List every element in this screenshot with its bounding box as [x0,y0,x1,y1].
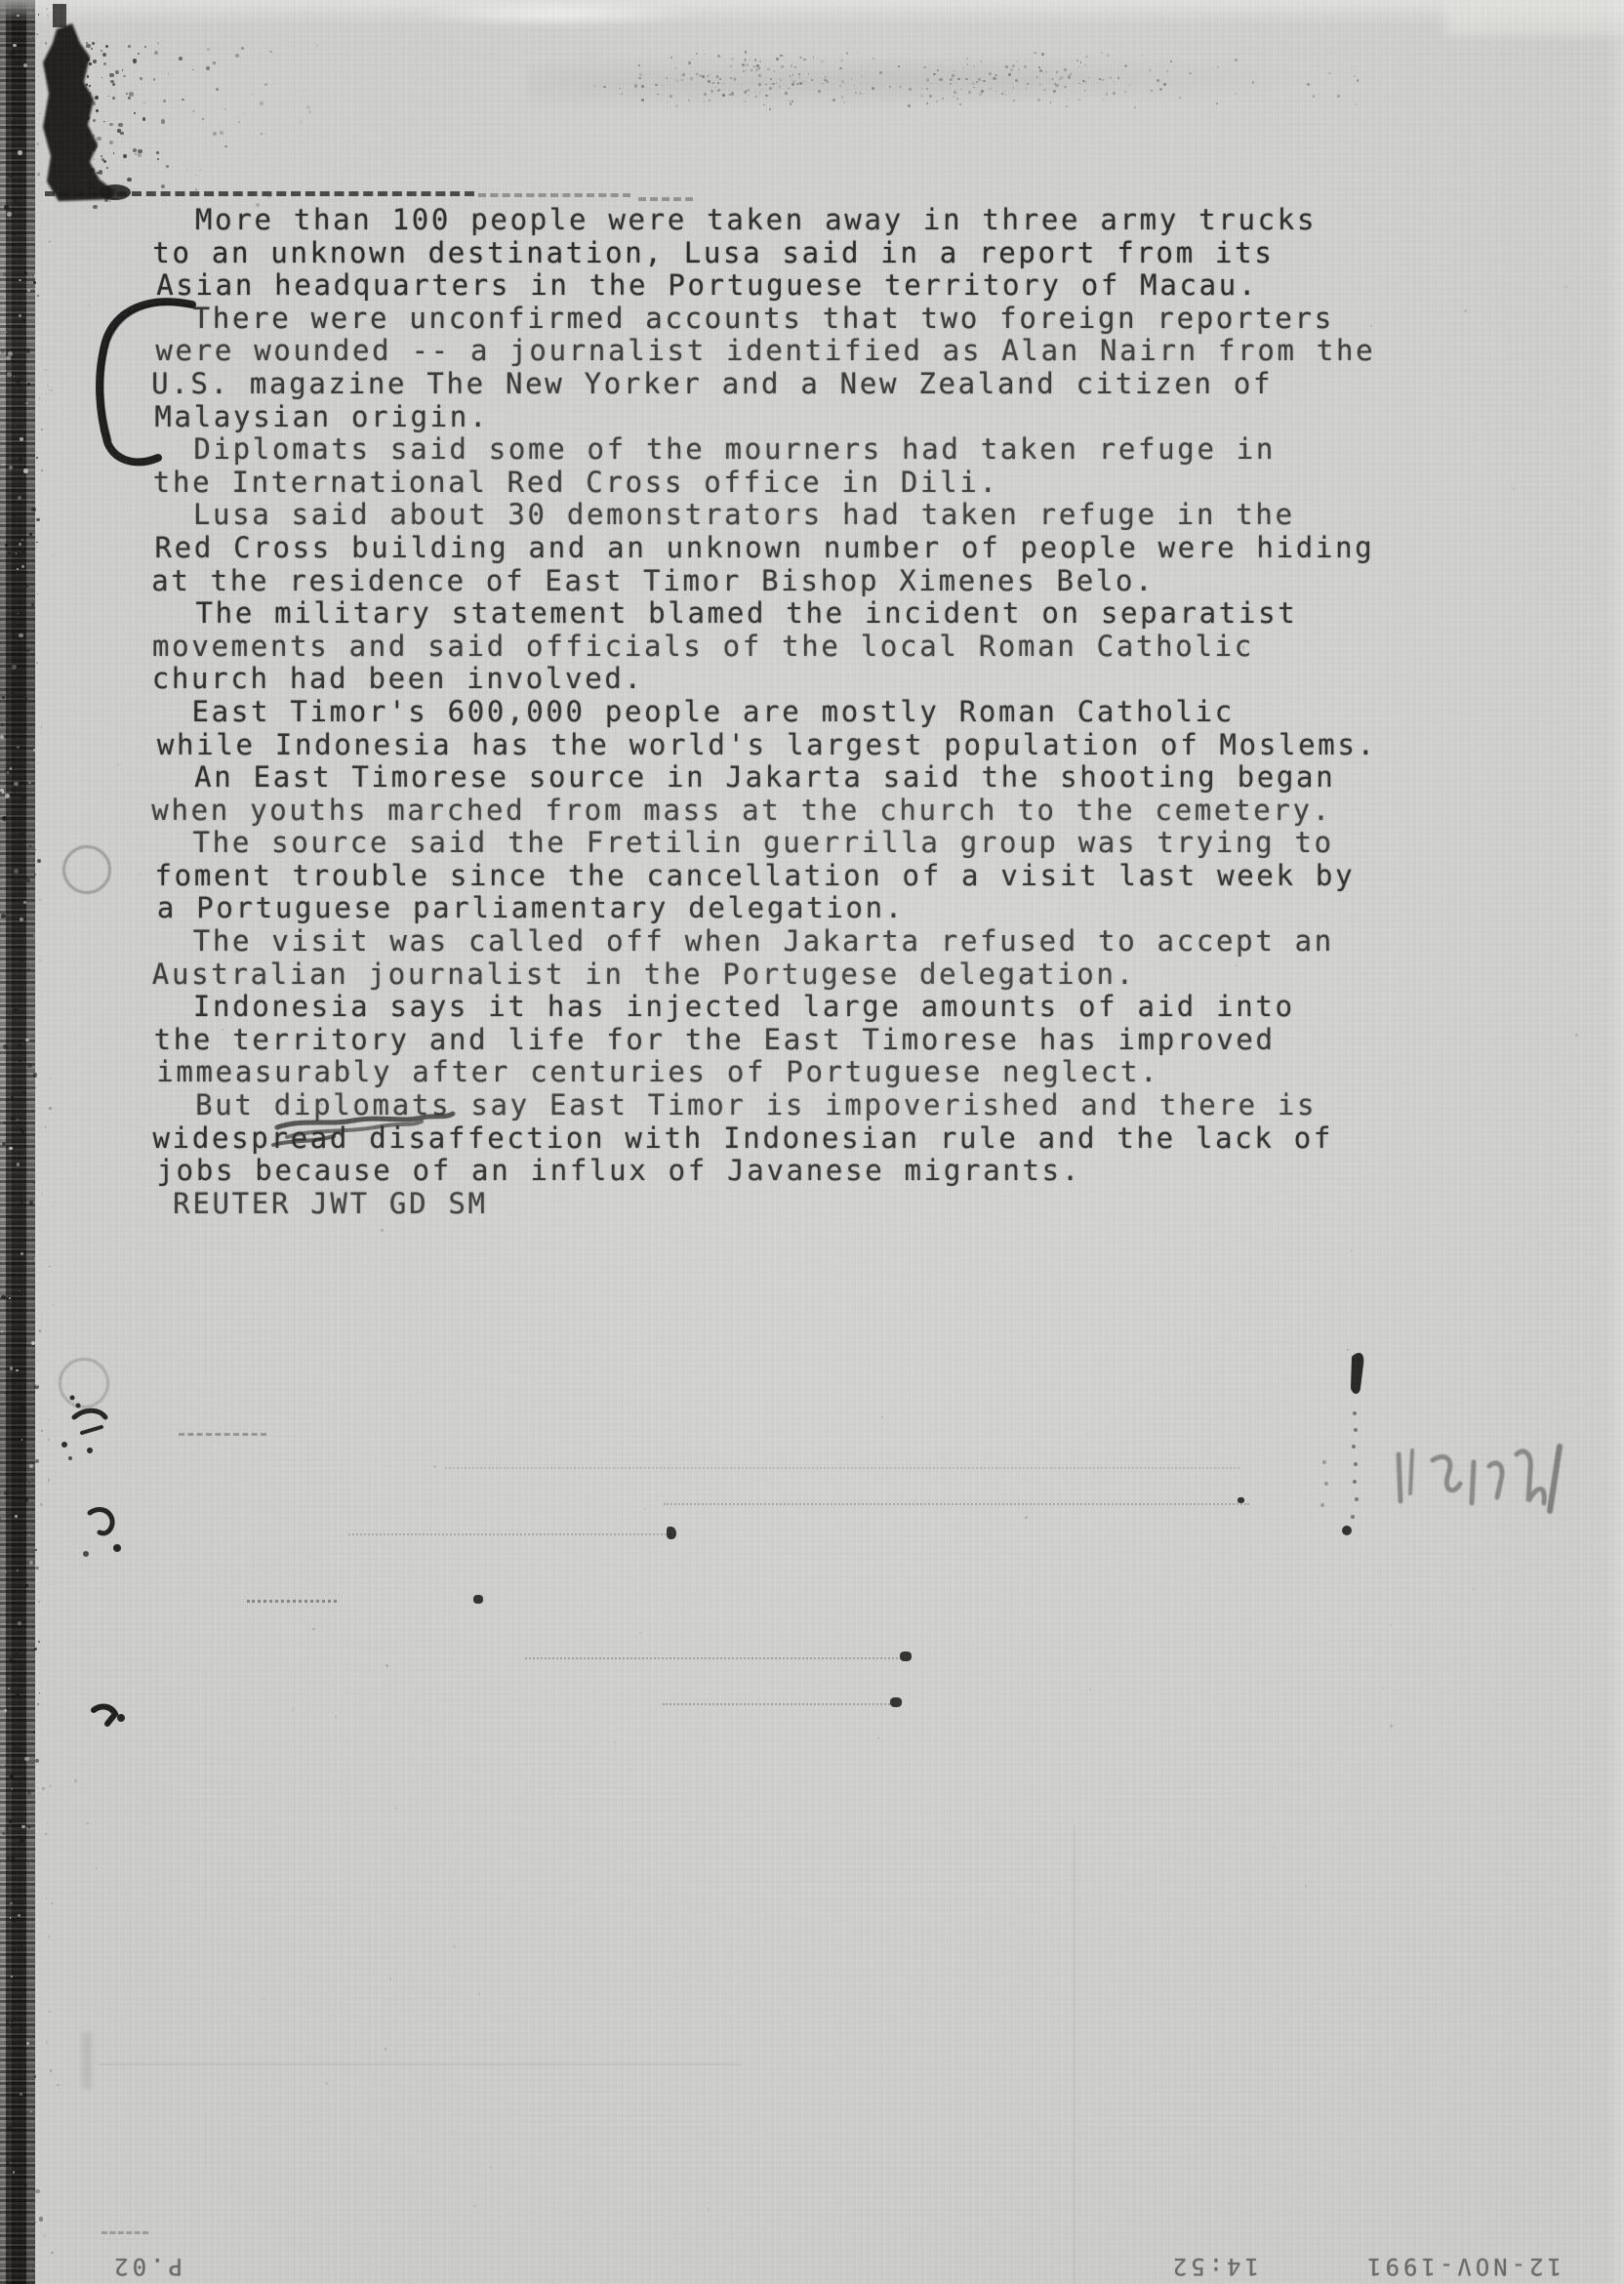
dust-speck [52,1205,54,1207]
dust-speck [629,1769,631,1771]
smudge-trail [247,1600,337,1603]
dust-speck [49,240,51,242]
text-line: The military statement blamed the incide… [156,597,1376,631]
dust-speck [44,369,46,371]
text-line: when youths marched from mass at the chu… [151,795,1371,828]
dust-speck [36,545,38,547]
dust-speck [1457,997,1458,998]
smudge-trail [664,1503,1249,1505]
dust-speck [877,1737,879,1739]
paper-right-edge [1606,0,1624,2284]
text-line: REUTER JWT GD SM [153,1188,1373,1221]
dust-speck [38,1361,39,1362]
dust-speck [1508,1269,1509,1270]
dust-speck [35,2171,37,2173]
dust-speck [614,1741,616,1743]
text-line: Indonesia says it has injected large amo… [154,991,1374,1024]
dust-speck [47,1822,48,1823]
text-line: to an unknown destination, Lusa said in … [152,237,1372,270]
dust-speck [335,1716,337,1718]
dust-speck [37,763,38,764]
text-line: foment trouble since the cancellation of… [155,860,1375,893]
fax-time: 14:52 [1169,2253,1259,2280]
dust-speck [39,2217,43,2221]
smudge-trail [663,1703,897,1705]
dust-speck [1305,1885,1307,1887]
paper-crease [1074,1825,1076,2284]
ink-speck [473,1595,483,1604]
dust-speck [35,1567,39,1570]
dust-speck [39,229,41,231]
smudge-trail [179,1433,266,1436]
dust-speck [49,1107,52,1110]
dust-speck [38,1601,40,1603]
article-text: More than 100 people were taken away in … [154,204,1374,1220]
dust-speck [52,554,54,556]
dust-speck [48,740,49,741]
dust-speck [39,959,40,960]
dust-speck [35,1459,39,1463]
dust-speck [395,1808,397,1810]
dust-speck [35,1549,37,1551]
text-line: East Timor's 600,000 people are mostly R… [152,696,1372,729]
text-line: the International Red Cross office in Di… [153,467,1373,500]
text-line: were wounded -- a journalist identified … [155,335,1375,368]
dust-speck [49,2011,51,2013]
dust-speck [39,1403,42,1406]
dust-speck [50,2069,52,2071]
dust-speck [50,1078,51,1079]
dust-speck [328,1672,329,1673]
dust-speck [1464,309,1467,312]
dust-speck [86,1822,88,1824]
dust-speck [811,1449,812,1450]
dust-speck [644,1508,646,1510]
dust-speck [35,2181,36,2182]
dust-speck [1462,1664,1463,1665]
dust-speck [433,1465,435,1467]
text-line: There were unconfirmed accounts that two… [153,303,1373,336]
dust-speck [36,518,40,522]
dust-speck [708,2209,710,2211]
dust-speck [1390,1725,1393,1728]
dust-speck [37,1703,40,1706]
dust-speck [74,1779,77,1782]
fax-footer: 12-NOV-1991 14:52 P.02 [0,2245,1624,2284]
dust-speck [1382,1688,1384,1690]
hole-punch-shadow [62,845,111,894]
dust-speck [36,1257,41,1262]
text-line: Diplomats said some of the mourners had … [154,433,1374,467]
dust-speck [1473,436,1475,438]
dust-speck [36,236,39,239]
smudge-band [527,41,1444,117]
dust-speck [41,428,44,431]
dust-speck [37,2126,40,2129]
paper-top-highlight [410,0,703,27]
dust-speck [139,874,141,876]
ink-marks [49,1386,156,1757]
dust-speck [36,542,38,544]
dust-speck [37,593,38,594]
dust-speck [1513,488,1516,491]
dust-speck [117,763,119,765]
dust-speck [263,1998,264,2000]
dust-speck [1089,1689,1091,1691]
dust-speck [39,899,41,901]
dust-speck [52,1304,54,1306]
text-line: Australian journalist in the Portugese d… [152,958,1372,992]
smudge [82,2032,92,2089]
dust-speck [39,1693,40,1693]
toner-dash-line [478,193,630,197]
dust-speck [37,859,41,863]
text-line: Lusa said about 30 demonstrators had tak… [154,499,1374,532]
text-line: The visit was called off when Jakarta re… [153,925,1373,958]
dust-speck [38,1641,40,1643]
dust-speck [46,1897,48,1899]
dust-speck [1390,1624,1392,1626]
dust-speck [881,1416,883,1418]
dust-speck [41,1430,43,1432]
dust-speck [42,1787,44,1789]
dust-speck [43,2234,46,2237]
dust-speck [96,1867,98,1869]
text-line: Asian headquarters in the Portuguese ter… [156,269,1376,303]
dust-speck [35,1407,38,1409]
dust-speck [49,1784,52,1787]
dust-speck [49,1266,50,1267]
dust-speck [41,1193,42,1194]
dust-speck [266,1782,268,1784]
dust-speck [1274,1847,1276,1849]
dust-speck [1210,1421,1211,1422]
dust-speck [48,1936,50,1937]
fax-date: 12-NOV-1991 [1363,2253,1562,2280]
text-line: jobs because of an influx of Javanese mi… [157,1155,1377,1188]
text-line: the territory and life for the East Timo… [154,1024,1374,1057]
dust-speck [292,1708,294,1710]
dust-speck [786,1998,787,1999]
dust-speck [37,295,39,297]
text-line: movements and said officials of the loca… [152,631,1372,664]
paper-corner-highlight [1444,0,1624,35]
dust-speck [51,596,52,597]
dust-speck [35,1889,39,1893]
paper-crease [98,2063,742,2065]
smudge-trail [525,1657,906,1659]
text-line: An East Timorese source in Jakarta said … [155,761,1375,795]
dust-speck [386,1664,388,1667]
dust-speck [45,1833,47,1835]
dust-speck [41,469,43,471]
dust-speck [1295,1908,1296,1909]
dust-speck [42,724,43,725]
dust-speck [35,2189,39,2193]
smudge-trail [101,2231,148,2234]
text-line: The source said the Fretilin guerrilla g… [153,827,1373,860]
handwriting-smudge [1298,1337,1591,1552]
dust-speck [39,397,41,399]
dust-speck [473,2205,476,2208]
dust-speck [490,2167,492,2169]
dust-speck [1025,1516,1028,1519]
text-line: widespread disaffection with Indonesian … [153,1122,1373,1156]
smudge-trail [445,1467,1239,1469]
text-line: U.S. magazine The New Yorker and a New Z… [151,368,1371,401]
text-line: But diplomats say East Timor is impoveri… [156,1089,1376,1122]
text-line: at the residence of East Timor Bishop Xi… [151,565,1371,598]
dust-speck [1575,1034,1578,1037]
dust-speck [36,662,38,664]
dust-speck [1564,285,1567,288]
text-line: Malaysian origin. [154,401,1374,434]
dust-speck [45,1126,46,1127]
text-line: church had been involved. [152,663,1372,696]
dust-speck [40,1503,43,1506]
dust-speck [312,1628,314,1630]
toner-dash-line [638,197,693,201]
text-line: a Portuguese parliamentary delegation. [157,892,1377,925]
text-line: while Indonesia has the world's largest … [157,729,1377,762]
ink-speck [900,1652,912,1661]
dust-speck [35,1087,37,1089]
dust-speck [52,1902,54,1904]
ink-speck [890,1697,902,1707]
dust-speck [47,385,49,387]
toner-dash-line [45,191,474,196]
dust-speck [1577,1131,1579,1133]
text-line: Red Cross building and an unknown number… [155,532,1375,565]
scanner-edge-band [0,0,35,2284]
dust-speck [1351,1249,1354,1252]
ink-speck [1238,1497,1244,1503]
dust-speck [478,1993,480,1995]
dust-speck [389,1978,391,1979]
scanned-document-page: More than 100 people were taken away in … [0,0,1624,2284]
dust-speck [36,457,38,459]
fax-page-number: P.02 [110,2253,183,2280]
dust-speck [50,389,53,392]
dust-speck [36,1268,37,1269]
dust-speck [35,1381,39,1385]
dust-speck [1473,1588,1475,1590]
dust-speck [325,2082,328,2085]
ink-speck [667,1527,676,1539]
dust-speck [385,2048,387,2051]
dust-speck [57,2084,60,2087]
dust-speck [35,1759,39,1763]
dust-speck [1069,1879,1071,1881]
dust-speck [36,1780,38,1782]
dust-speck [453,1945,456,1948]
dust-speck [40,726,42,728]
dust-speck [46,2041,49,2044]
dust-speck [381,1229,384,1232]
text-line: More than 100 people were taken away in … [156,204,1376,237]
dust-speck [35,775,39,779]
dust-speck [639,1632,642,1635]
dust-speck [39,1329,42,1332]
dust-speck [44,1887,46,1889]
dust-speck [36,548,37,549]
dust-speck [499,2217,500,2218]
smudge-trail [348,1533,670,1535]
text-line: immeasurably after centuries of Portugue… [156,1056,1376,1089]
